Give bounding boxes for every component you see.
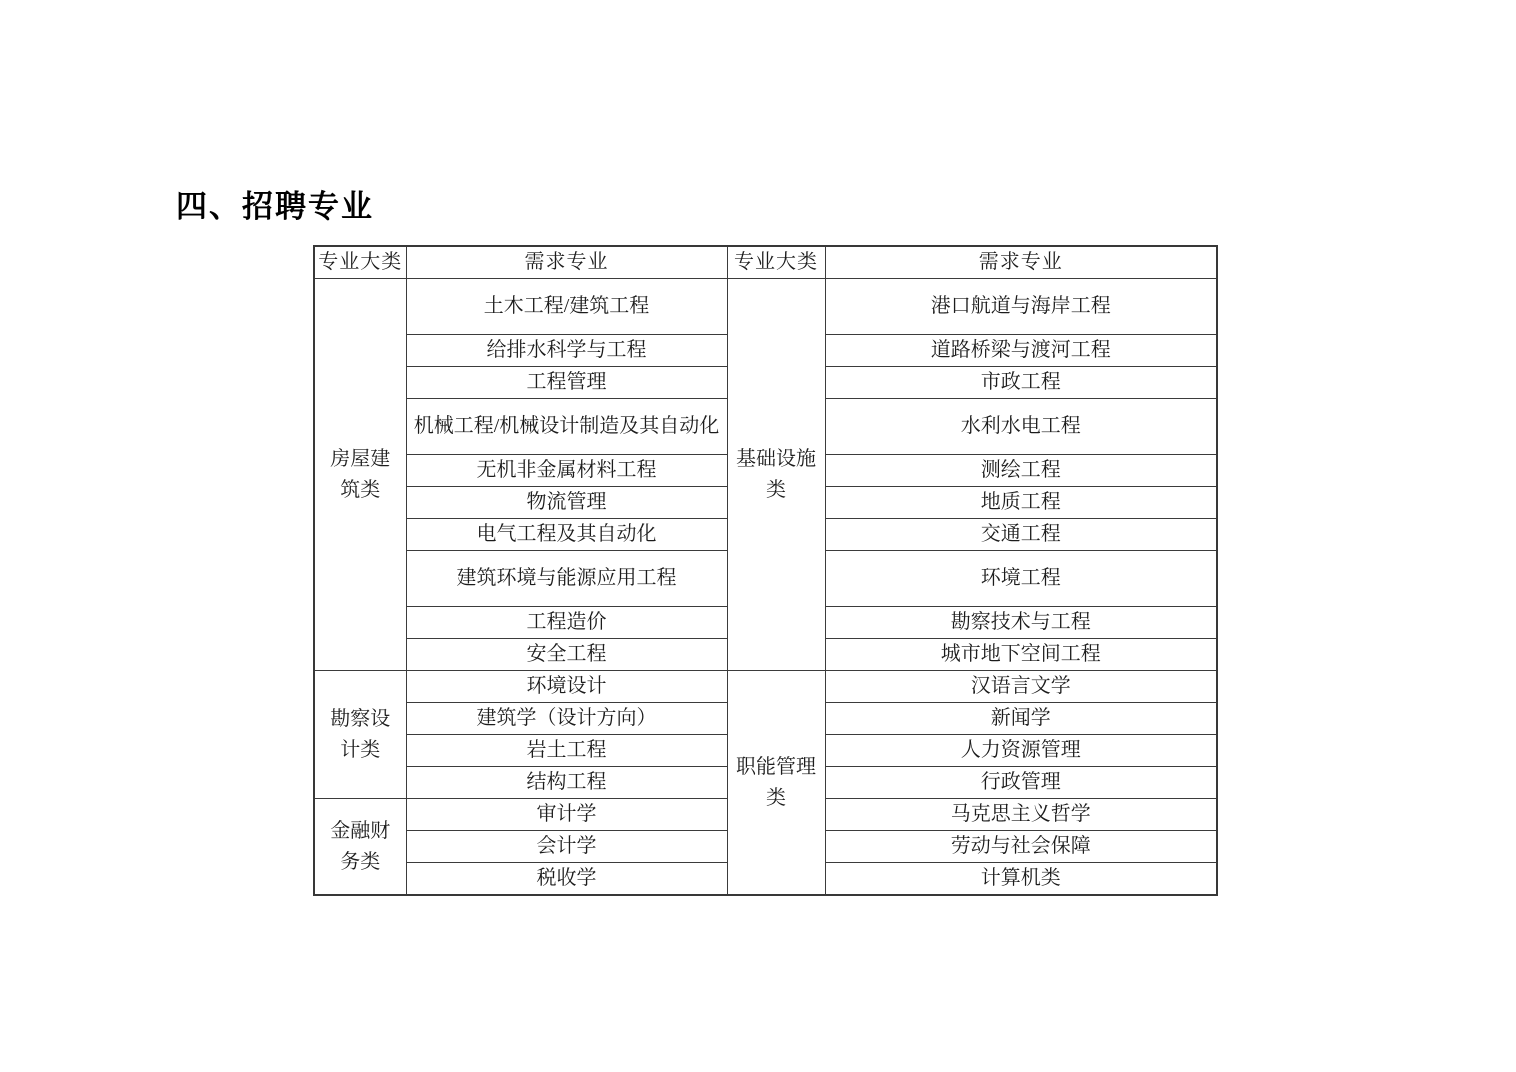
major-cell: 测绘工程 <box>825 455 1217 487</box>
major-cell: 工程管理 <box>406 367 727 399</box>
major-cell: 水利水电工程 <box>825 399 1217 455</box>
major-cell: 道路桥梁与渡河工程 <box>825 335 1217 367</box>
major-cell: 人力资源管理 <box>825 735 1217 767</box>
major-cell: 岩土工程 <box>406 735 727 767</box>
category-cell-housing-construction: 房屋建筑类 <box>314 279 406 671</box>
major-cell: 环境工程 <box>825 551 1217 607</box>
table-row: 勘察设计类 环境设计 职能管理类 汉语言文学 <box>314 671 1217 703</box>
header-majors-left: 需求专业 <box>406 246 727 279</box>
document-page: 四、招聘专业 专业大类 需求专业 专业大类 需求专业 房屋建筑类 土木工程/建筑… <box>0 0 1516 1072</box>
major-cell: 建筑学（设计方向） <box>406 703 727 735</box>
header-category-right: 专业大类 <box>727 246 825 279</box>
major-cell: 劳动与社会保障 <box>825 831 1217 863</box>
major-cell: 给排水科学与工程 <box>406 335 727 367</box>
recruitment-majors-table: 专业大类 需求专业 专业大类 需求专业 房屋建筑类 土木工程/建筑工程 基础设施… <box>313 245 1218 896</box>
major-cell: 安全工程 <box>406 639 727 671</box>
major-cell: 税收学 <box>406 863 727 896</box>
major-cell: 环境设计 <box>406 671 727 703</box>
major-cell: 会计学 <box>406 831 727 863</box>
section-title: 四、招聘专业 <box>176 188 374 226</box>
major-cell: 城市地下空间工程 <box>825 639 1217 671</box>
major-cell: 市政工程 <box>825 367 1217 399</box>
major-cell: 无机非金属材料工程 <box>406 455 727 487</box>
major-cell: 审计学 <box>406 799 727 831</box>
header-category-left: 专业大类 <box>314 246 406 279</box>
major-cell: 机械工程/机械设计制造及其自动化 <box>406 399 727 455</box>
major-cell: 地质工程 <box>825 487 1217 519</box>
table-row: 房屋建筑类 土木工程/建筑工程 基础设施类 港口航道与海岸工程 <box>314 279 1217 335</box>
category-cell-infrastructure: 基础设施类 <box>727 279 825 671</box>
major-cell: 汉语言文学 <box>825 671 1217 703</box>
major-cell: 建筑环境与能源应用工程 <box>406 551 727 607</box>
category-cell-finance: 金融财务类 <box>314 799 406 896</box>
category-cell-survey-design: 勘察设计类 <box>314 671 406 799</box>
major-cell: 新闻学 <box>825 703 1217 735</box>
table-header-row: 专业大类 需求专业 专业大类 需求专业 <box>314 246 1217 279</box>
major-cell: 计算机类 <box>825 863 1217 896</box>
major-cell: 马克思主义哲学 <box>825 799 1217 831</box>
header-majors-right: 需求专业 <box>825 246 1217 279</box>
major-cell: 物流管理 <box>406 487 727 519</box>
category-cell-functional-management: 职能管理类 <box>727 671 825 896</box>
major-cell: 交通工程 <box>825 519 1217 551</box>
major-cell: 工程造价 <box>406 607 727 639</box>
major-cell: 电气工程及其自动化 <box>406 519 727 551</box>
major-cell: 港口航道与海岸工程 <box>825 279 1217 335</box>
major-cell: 结构工程 <box>406 767 727 799</box>
major-cell: 土木工程/建筑工程 <box>406 279 727 335</box>
major-cell: 勘察技术与工程 <box>825 607 1217 639</box>
major-cell: 行政管理 <box>825 767 1217 799</box>
